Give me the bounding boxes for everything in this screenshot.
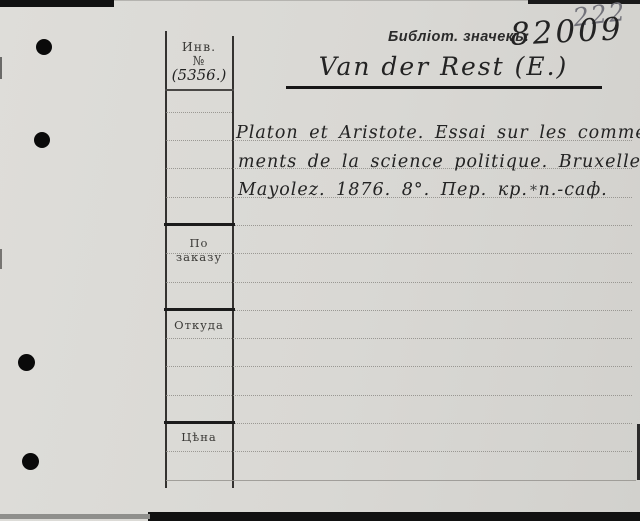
- scan-edge-bottom-left: [0, 514, 150, 519]
- hole-punch: [34, 132, 50, 148]
- ruled-line: [166, 366, 632, 367]
- body-text-line-1: Platon et Aristote. Essai sur les commen…: [236, 123, 640, 143]
- ruled-line: [166, 225, 632, 226]
- ruled-line: [166, 395, 632, 396]
- hole-punch: [22, 453, 39, 470]
- ruled-line: [166, 423, 632, 424]
- section-divider: [164, 223, 235, 226]
- inventory-cell-base-line: [165, 89, 234, 91]
- scan-edge-top-left: [0, 0, 114, 7]
- scan-edge-left-mark-2: [0, 249, 2, 269]
- body-text-line-3: Mayolez. 1876. 8°. Пер. кр. п.-саф.: [238, 180, 608, 200]
- order-label: По заказу: [165, 236, 233, 264]
- hole-punch: [36, 39, 52, 55]
- section-divider: [164, 308, 235, 311]
- origin-label: Откуда: [165, 318, 233, 332]
- hole-punch: [18, 354, 35, 371]
- heading-underline: [286, 86, 602, 89]
- body-text-line-2: ments de la science politique. Bruxelles: [238, 152, 640, 172]
- ruled-line: [166, 253, 632, 254]
- ruled-line: [166, 338, 632, 339]
- ruled-line: [166, 282, 632, 283]
- inventory-number: (5356.): [165, 66, 233, 84]
- scan-edge-bottom: [148, 512, 640, 521]
- ruled-line: [166, 451, 632, 452]
- section-divider: [164, 421, 235, 424]
- inventory-label: Инв.: [165, 40, 233, 54]
- ruled-line: [166, 310, 632, 311]
- ruled-line: [166, 112, 232, 113]
- scan-edge-top-hairline: [114, 0, 528, 1]
- scan-edge-left-mark-1: [0, 57, 2, 79]
- ruled-line: [166, 480, 636, 481]
- author-heading: Van der Rest (E.): [287, 52, 600, 81]
- library-stamp-label: Библіот. значекъ:: [388, 29, 530, 45]
- footnote-mark: *: [530, 183, 537, 199]
- price-label: Цѣна: [165, 430, 233, 444]
- scanned-catalog-card: 222 Библіот. значекъ: 82009 Van der Rest…: [0, 0, 640, 521]
- library-stamp-number: 82009: [509, 11, 624, 53]
